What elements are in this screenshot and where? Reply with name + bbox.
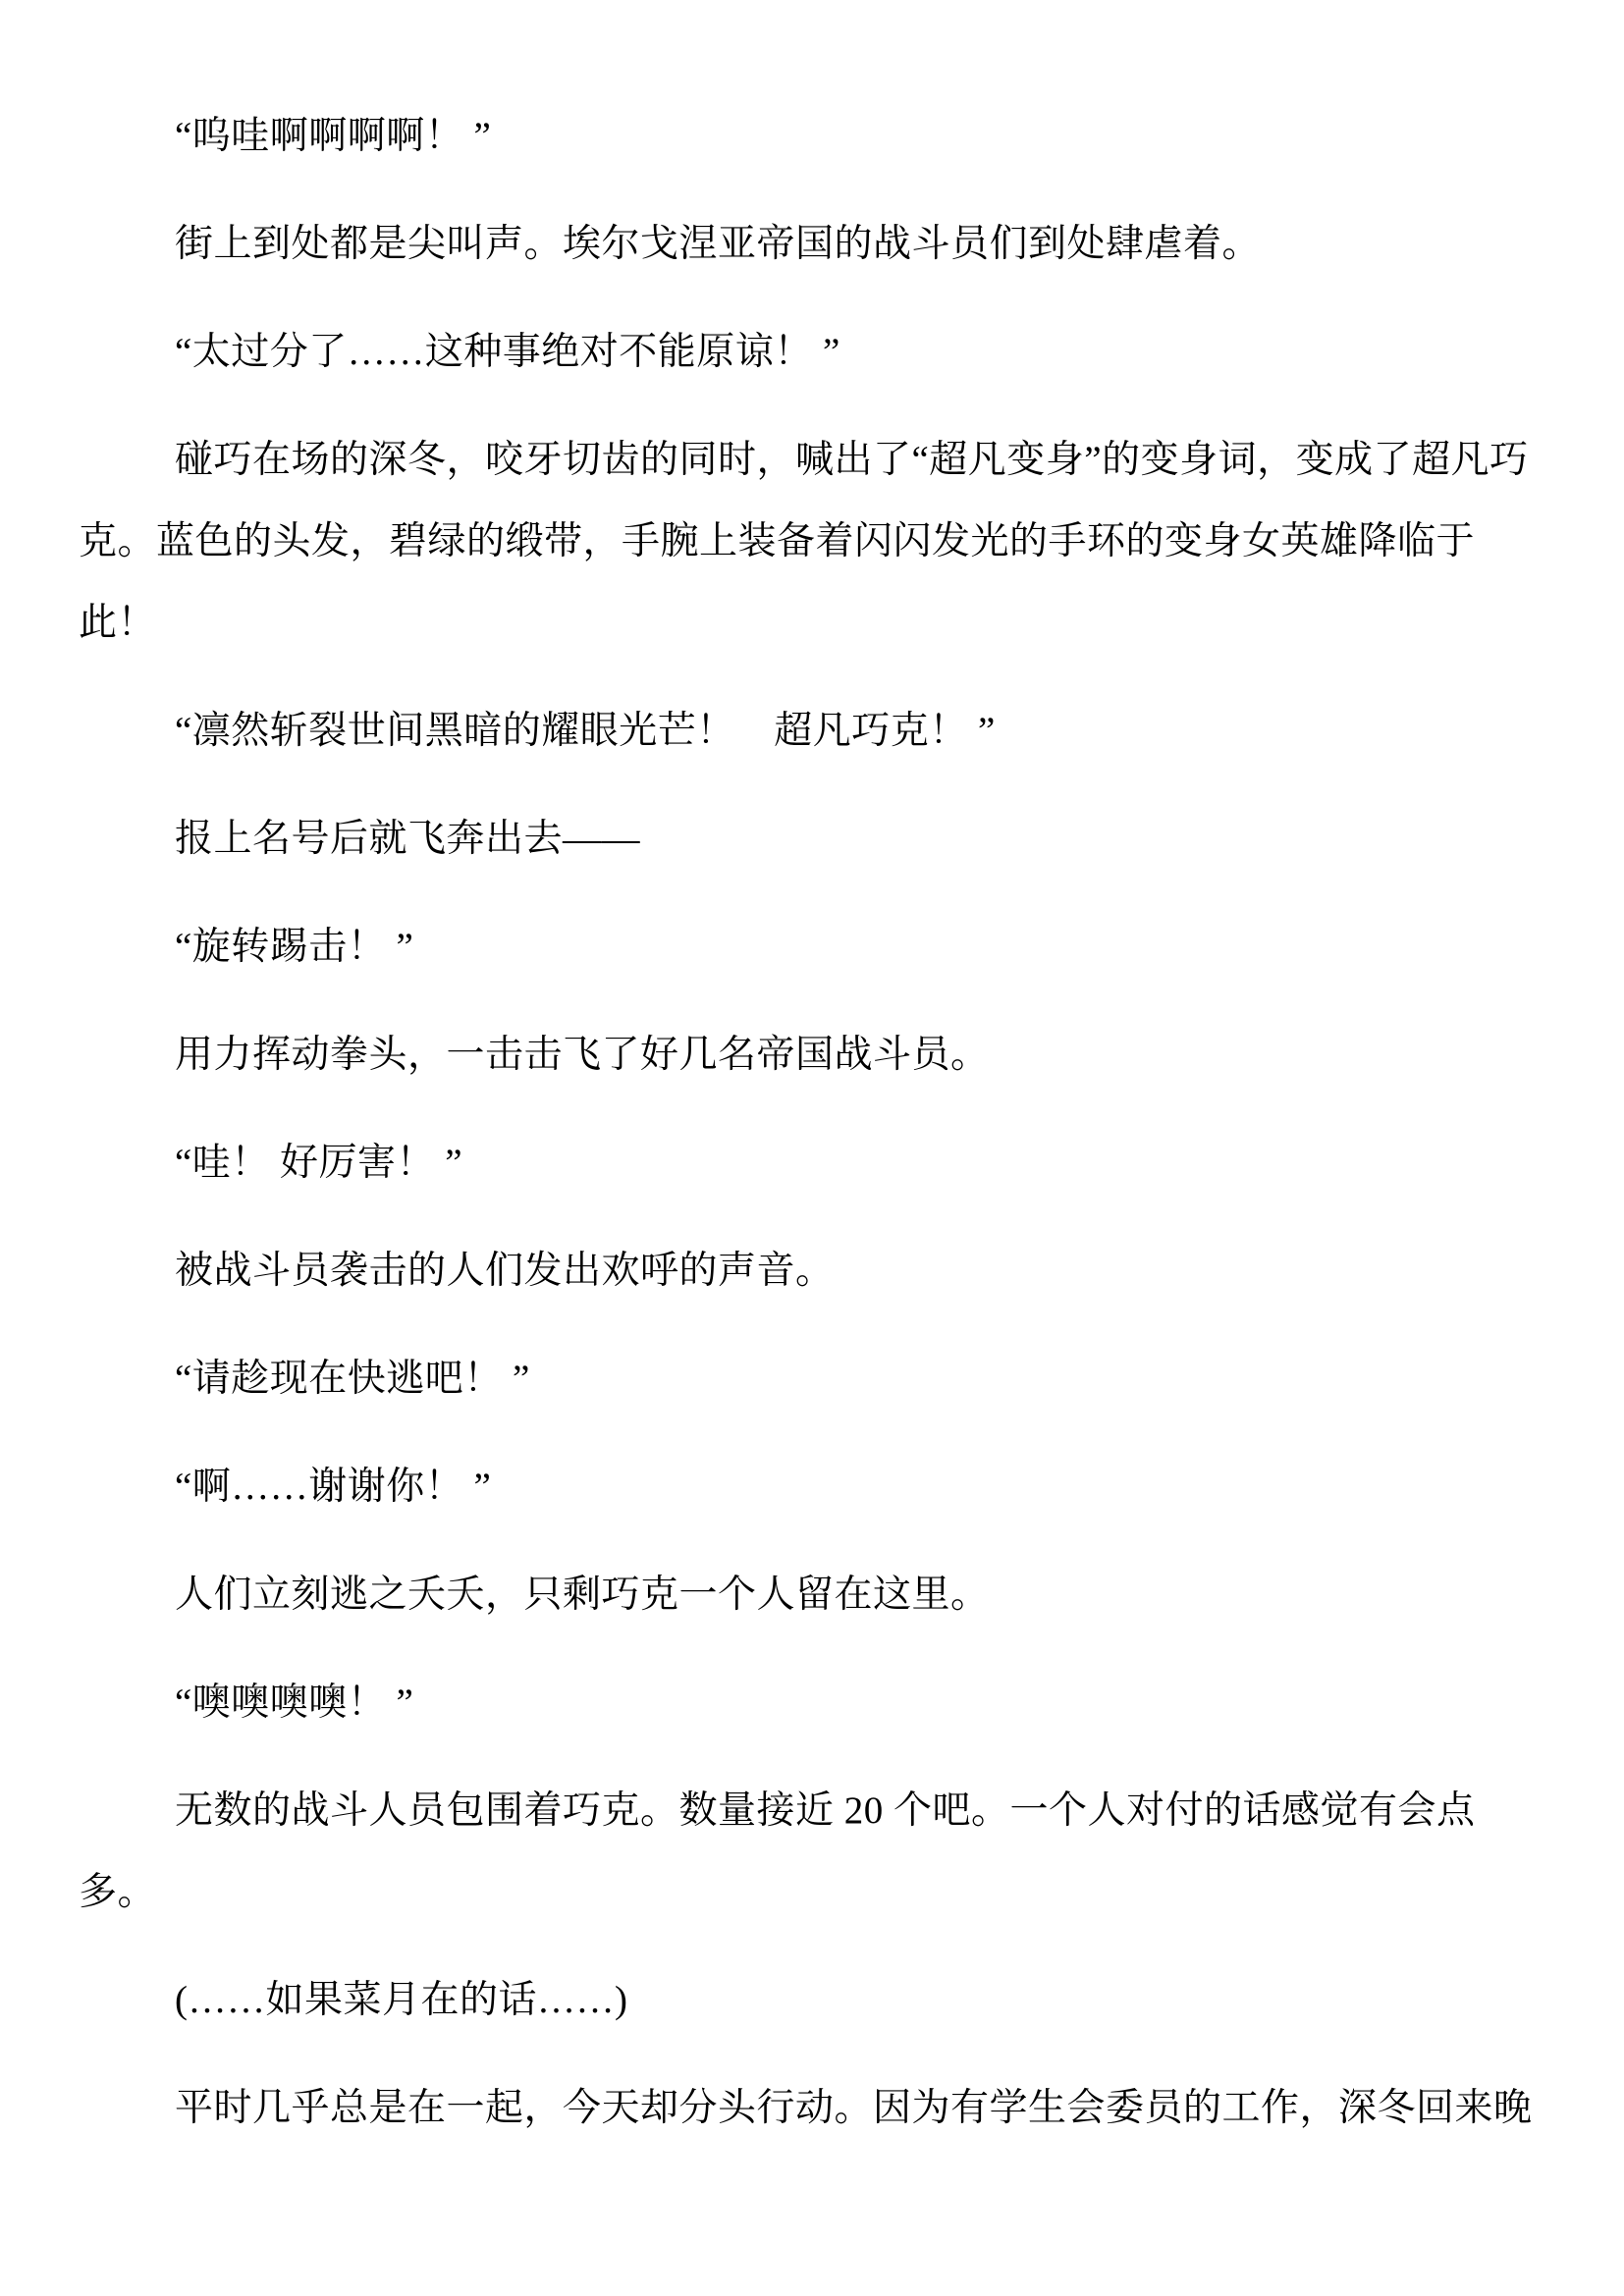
paragraph-narration-street: 街上到处都是尖叫声。埃尔戈涅亚帝国的战斗员们到处肆虐着。	[79, 203, 1585, 285]
paragraph-dialogue-scream: “呜哇啊啊啊啊！ ”	[79, 95, 1585, 177]
paragraph-narration-transformation: 碰巧在场的深冬，咬牙切齿的同时，喊出了“超凡变身”的变身词，变成了超凡巧 克。蓝…	[79, 419, 1585, 664]
document-page: “呜哇啊啊啊啊！ ” 街上到处都是尖叫声。埃尔戈涅亚帝国的战斗员们到处肆虐着。 …	[0, 0, 1624, 2296]
paragraph-narration-surrounded: 无数的战斗人员包围着巧克。数量接近 20 个吧。一个人对付的话感觉有会点 多。	[79, 1770, 1585, 1933]
paragraph-dialogue-amazing: “哇！ 好厉害！ ”	[79, 1122, 1585, 1203]
paragraph-dialogue-thanks: “啊……谢谢你！ ”	[79, 1446, 1585, 1527]
paragraph-dialogue-unforgivable: “太过分了……这种事绝对不能原谅！ ”	[79, 311, 1585, 393]
paragraph-narration-cheer: 被战斗员袭击的人们发出欢呼的声音。	[79, 1230, 1585, 1311]
paragraph-narration-punch: 用力挥动拳头，一击击飞了好几名帝国战斗员。	[79, 1014, 1585, 1095]
paragraph-dialogue-roar: “噢噢噢噢！ ”	[79, 1662, 1585, 1743]
paragraph-dialogue-spin-kick: “旋转踢击！ ”	[79, 906, 1585, 988]
paragraph-thought-natsuki: (……如果菜月在的话……)	[79, 1959, 1585, 2041]
paragraph-dialogue-catchphrase: “凛然斩裂世间黑暗的耀眼光芒！ 超凡巧克！ ”	[79, 690, 1585, 772]
paragraph-dialogue-run-now: “请趁现在快逃吧！ ”	[79, 1338, 1585, 1419]
paragraph-narration-people-flee: 人们立刻逃之夭夭，只剩巧克一个人留在这里。	[79, 1554, 1585, 1635]
paragraph-narration-separate-action: 平时几乎总是在一起，今天却分头行动。因为有学生会委员的工作，深冬回来晚	[79, 2067, 1585, 2149]
paragraph-narration-dash-out: 报上名号后就飞奔出去——	[79, 798, 1585, 880]
